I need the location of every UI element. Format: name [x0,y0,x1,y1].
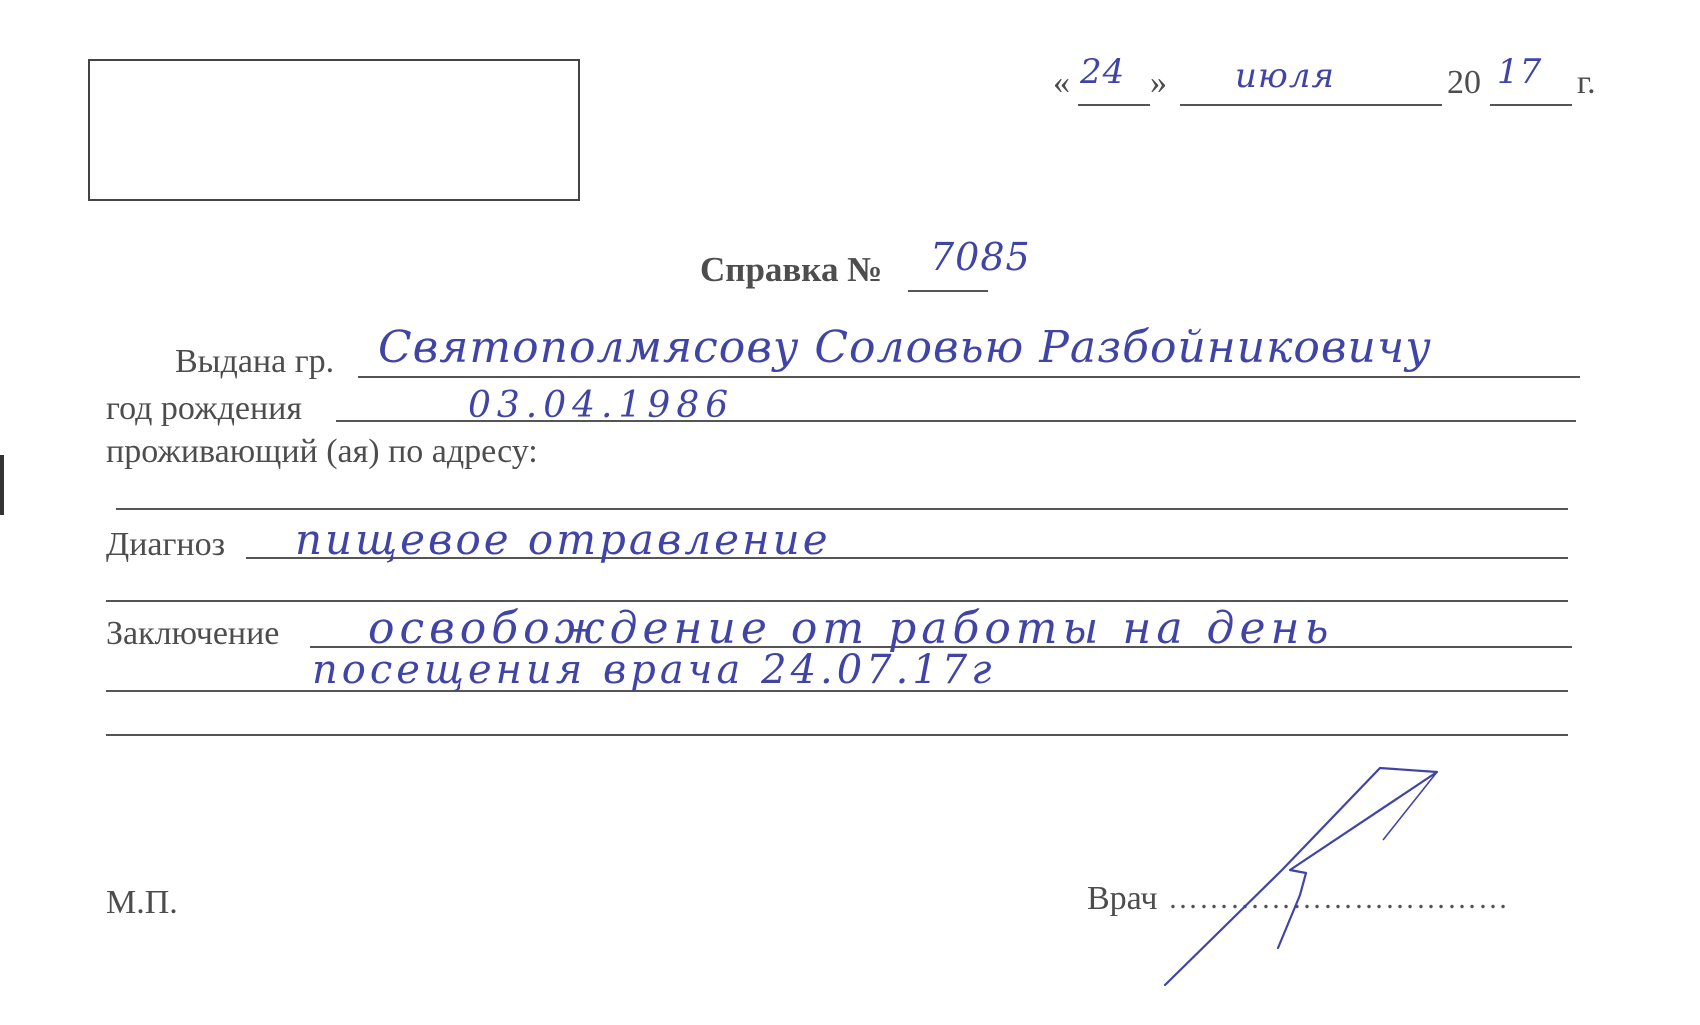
doctor-signature [0,0,1700,1025]
